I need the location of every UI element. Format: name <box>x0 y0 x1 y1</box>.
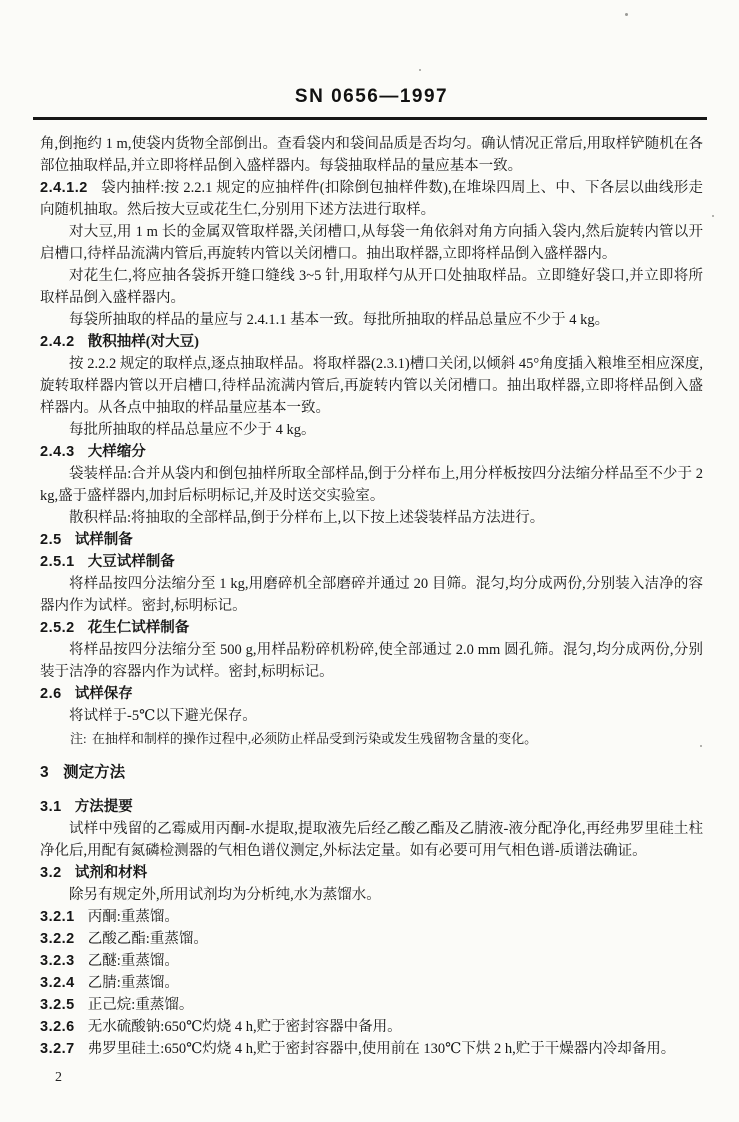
clause-paragraph: 3.2.3乙醚:重蒸馏。 <box>40 950 703 972</box>
paragraph-text: 乙腈:重蒸馏。 <box>88 975 179 991</box>
clause-number: 3.2 <box>40 865 62 881</box>
paragraph-text: 大样缩分 <box>88 444 146 460</box>
page-header: SN 0656—1997 <box>40 62 703 120</box>
paragraph-text: 袋内抽样:按 2.2.1 规定的应抽样件(扣除倒包抽样件数),在堆垛四周上、中、… <box>40 180 703 218</box>
paragraph-text: 试剂和材料 <box>75 865 148 881</box>
section-heading: 3.1方法提要 <box>40 796 703 818</box>
clause-number: 3.2.3 <box>40 953 75 969</box>
paragraph-text: 乙醚:重蒸馏。 <box>88 953 179 969</box>
paragraph: 按 2.2.2 规定的取样点,逐点抽取样品。将取样器(2.3.1)槽口关闭,以倾… <box>40 353 703 419</box>
clause-paragraph: 3.2.1丙酮:重蒸馏。 <box>40 906 703 928</box>
paragraph-text: 乙酸乙酯:重蒸馏。 <box>88 931 208 947</box>
paragraph-text: 对花生仁,将应抽各袋拆开缝口缝线 3~5 针,用取样勺从开口处抽取样品。立即缝好… <box>40 268 703 306</box>
section-heading: 2.4.3大样缩分 <box>40 441 703 463</box>
paragraph-text: 将样品按四分法缩分至 1 kg,用磨碎机全部磨碎并通过 20 目筛。混匀,均分成… <box>40 576 703 614</box>
document-body: 角,倒拖约 1 m,使袋内货物全部倒出。查看袋内和袋间品质是否均匀。确认情况正常… <box>40 133 703 1060</box>
clause-number: 2.5.2 <box>40 620 75 636</box>
paragraph: 每袋所抽取的样品的量应与 2.4.1.1 基本一致。每批所抽取的样品总量应不少于… <box>40 309 703 331</box>
paragraph: 将样品按四分法缩分至 500 g,用样品粉碎机粉碎,使全部通过 2.0 mm 圆… <box>40 639 703 683</box>
paragraph-text: 每袋所抽取的样品的量应与 2.4.1.1 基本一致。每批所抽取的样品总量应不少于… <box>69 312 609 328</box>
paragraph: 角,倒拖约 1 m,使袋内货物全部倒出。查看袋内和袋间品质是否均匀。确认情况正常… <box>40 133 703 177</box>
standard-code: SN 0656—1997 <box>40 62 703 108</box>
section-heading: 2.5.2花生仁试样制备 <box>40 617 703 639</box>
clause-paragraph: 3.2.5正己烷:重蒸馏。 <box>40 994 703 1016</box>
paragraph-text: 正己烷:重蒸馏。 <box>88 997 194 1013</box>
paragraph: 对花生仁,将应抽各袋拆开缝口缝线 3~5 针,用取样勺从开口处抽取样品。立即缝好… <box>40 265 703 309</box>
paragraph-text: 方法提要 <box>75 799 133 815</box>
clause-number: 2.4.1.2 <box>40 180 88 196</box>
paragraph: 对大豆,用 1 m 长的金属双管取样器,关闭槽口,从每袋一角依斜对角方向插入袋内… <box>40 221 703 265</box>
paragraph-text: 将样品按四分法缩分至 500 g,用样品粉碎机粉碎,使全部通过 2.0 mm 圆… <box>40 642 703 680</box>
paragraph-text: 测定方法 <box>63 764 125 781</box>
clause-number: 3 <box>40 764 49 781</box>
paragraph: 每批所抽取的样品总量应不少于 4 kg。 <box>40 419 703 441</box>
paragraph-text: 丙酮:重蒸馏。 <box>88 909 179 925</box>
document-page: SN 0656—1997 角,倒拖约 1 m,使袋内货物全部倒出。查看袋内和袋间… <box>0 0 739 1122</box>
paragraph-text: 角,倒拖约 1 m,使袋内货物全部倒出。查看袋内和袋间品质是否均匀。确认情况正常… <box>40 136 703 174</box>
paragraph-text: 除另有规定外,所用试剂均为分析纯,水为蒸馏水。 <box>69 887 381 903</box>
section-heading: 2.4.2散积抽样(对大豆) <box>40 331 703 353</box>
paragraph-text: 将试样于-5℃以下避光保存。 <box>69 708 257 724</box>
paragraph-text: 无水硫酸钠:650℃灼烧 4 h,贮于密封容器中备用。 <box>88 1019 402 1035</box>
clause-paragraph: 2.4.1.2袋内抽样:按 2.2.1 规定的应抽样件(扣除倒包抽样件数),在堆… <box>40 177 703 221</box>
note-label: 注: <box>70 731 87 746</box>
scan-speck <box>419 69 421 71</box>
section-heading: 2.5试样制备 <box>40 529 703 551</box>
clause-number: 3.2.6 <box>40 1019 75 1035</box>
note: 注:在抽样和制样的操作过程中,必须防止样品受到污染或发生残留物含量的变化。 <box>70 729 703 749</box>
clause-number: 3.2.2 <box>40 931 75 947</box>
paragraph-text: 大豆试样制备 <box>88 554 175 570</box>
clause-number: 3.1 <box>40 799 62 815</box>
page-number: 2 <box>55 1070 703 1086</box>
clause-paragraph: 3.2.6无水硫酸钠:650℃灼烧 4 h,贮于密封容器中备用。 <box>40 1016 703 1038</box>
clause-number: 3.2.5 <box>40 997 75 1013</box>
clause-paragraph: 3.2.4乙腈:重蒸馏。 <box>40 972 703 994</box>
paragraph-text: 试样制备 <box>75 532 133 548</box>
paragraph-text: 按 2.2.2 规定的取样点,逐点抽取样品。将取样器(2.3.1)槽口关闭,以倾… <box>40 356 703 416</box>
scan-speck <box>712 215 714 217</box>
section-heading: 2.6试样保存 <box>40 683 703 705</box>
paragraph: 袋装样品:合并从袋内和倒包抽样所取全部样品,倒于分样布上,用分样板按四分法缩分样… <box>40 463 703 507</box>
clause-number: 3.2.1 <box>40 909 75 925</box>
paragraph-text: 弗罗里硅土:650℃灼烧 4 h,贮于密封容器中,使用前在 130℃下烘 2 h… <box>88 1041 675 1057</box>
clause-paragraph: 3.2.2乙酸乙酯:重蒸馏。 <box>40 928 703 950</box>
clause-number: 3.2.7 <box>40 1041 75 1057</box>
paragraph: 散积样品:将抽取的全部样品,倒于分样布上,以下按上述袋装样品方法进行。 <box>40 507 703 529</box>
scan-speck <box>625 13 628 16</box>
paragraph-text: 在抽样和制样的操作过程中,必须防止样品受到污染或发生残留物含量的变化。 <box>92 731 537 746</box>
clause-paragraph: 3.2.7弗罗里硅土:650℃灼烧 4 h,贮于密封容器中,使用前在 130℃下… <box>40 1038 703 1060</box>
paragraph: 将样品按四分法缩分至 1 kg,用磨碎机全部磨碎并通过 20 目筛。混匀,均分成… <box>40 573 703 617</box>
clause-number: 2.5 <box>40 532 62 548</box>
paragraph-text: 每批所抽取的样品总量应不少于 4 kg。 <box>69 422 316 438</box>
paragraph: 试样中残留的乙霉威用丙酮-水提取,提取液先后经乙酸乙酯及乙腈液-液分配净化,再经… <box>40 818 703 862</box>
paragraph: 将试样于-5℃以下避光保存。 <box>40 705 703 727</box>
section-heading: 3.2试剂和材料 <box>40 862 703 884</box>
chapter-heading: 3测定方法 <box>40 762 703 784</box>
paragraph-text: 试样保存 <box>75 686 133 702</box>
paragraph-text: 试样中残留的乙霉威用丙酮-水提取,提取液先后经乙酸乙酯及乙腈液-液分配净化,再经… <box>40 821 703 859</box>
paragraph-text: 对大豆,用 1 m 长的金属双管取样器,关闭槽口,从每袋一角依斜对角方向插入袋内… <box>40 224 703 262</box>
paragraph-text: 花生仁试样制备 <box>88 620 190 636</box>
paragraph: 除另有规定外,所用试剂均为分析纯,水为蒸馏水。 <box>40 884 703 906</box>
scan-speck <box>700 745 702 747</box>
clause-number: 2.4.2 <box>40 334 75 350</box>
clause-number: 2.4.3 <box>40 444 75 460</box>
section-heading: 2.5.1大豆试样制备 <box>40 551 703 573</box>
clause-number: 3.2.4 <box>40 975 75 991</box>
clause-number: 2.6 <box>40 686 62 702</box>
paragraph-text: 散积样品:将抽取的全部样品,倒于分样布上,以下按上述袋装样品方法进行。 <box>69 510 544 526</box>
paragraph-text: 袋装样品:合并从袋内和倒包抽样所取全部样品,倒于分样布上,用分样板按四分法缩分样… <box>40 466 703 504</box>
header-rule <box>33 117 707 120</box>
paragraph-text: 散积抽样(对大豆) <box>88 334 199 350</box>
clause-number: 2.5.1 <box>40 554 75 570</box>
